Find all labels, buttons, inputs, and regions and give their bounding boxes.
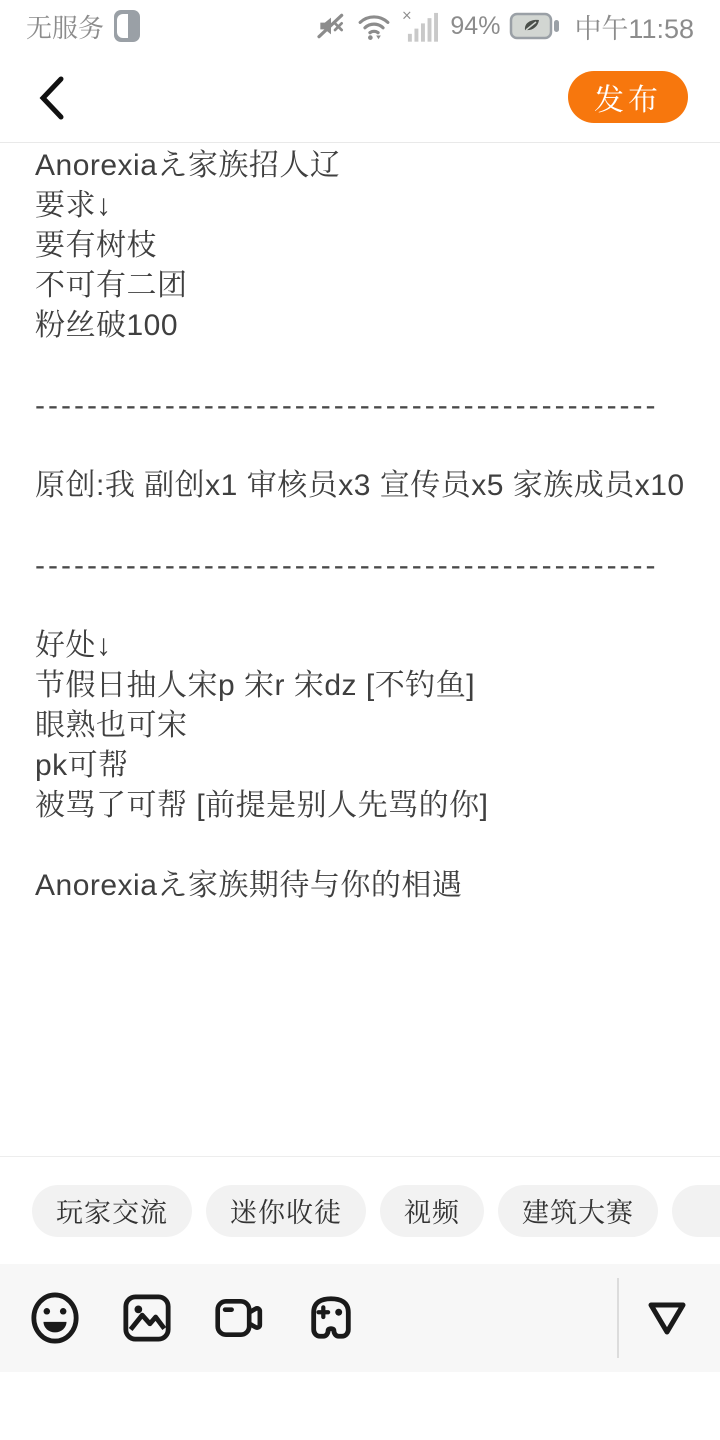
collapse-panel-button[interactable] bbox=[642, 1290, 692, 1346]
toolbar-divider bbox=[617, 1278, 619, 1358]
editor-toolbar bbox=[0, 1264, 720, 1372]
post-text-block-2: 原创:我 副创x1 审核员x3 宣传员x5 家族成员x10 bbox=[35, 466, 690, 506]
insert-image-button[interactable] bbox=[122, 1290, 172, 1346]
wifi-icon bbox=[356, 10, 392, 42]
post-body-editor[interactable]: Anorexiaえ家族招人辽 要求↓ 要有树枝 不可有二团 粉丝破100 ---… bbox=[0, 143, 720, 1155]
video-icon bbox=[214, 1292, 264, 1344]
emoji-icon bbox=[30, 1290, 80, 1346]
svg-text:×: × bbox=[402, 9, 413, 23]
insert-game-button[interactable] bbox=[306, 1290, 356, 1346]
post-text-block-3: 好处↓ 节假日抽人宋p 宋r 宋dz [不钓鱼] 眼熟也可宋 pk可帮 被骂了可… bbox=[35, 626, 690, 906]
image-icon bbox=[122, 1292, 172, 1344]
publish-button[interactable]: 发布 bbox=[568, 71, 688, 123]
tag-chip-video[interactable]: 视频 bbox=[380, 1185, 484, 1237]
nav-bar: 发布 bbox=[0, 52, 720, 142]
clock-label: 中午11:58 bbox=[574, 7, 694, 46]
sim-card-icon bbox=[114, 10, 140, 42]
tag-chip-building-contest[interactable]: 建筑大赛 bbox=[498, 1185, 658, 1237]
tag-chips-row: 玩家交流 迷你收徒 视频 建筑大赛 bbox=[0, 1156, 720, 1264]
dashed-separator-1: ----------------------------------------… bbox=[35, 386, 690, 426]
post-editor-screen: 无服务 × bbox=[0, 0, 720, 1440]
tag-chip-player-chat[interactable]: 玩家交流 bbox=[32, 1185, 192, 1237]
game-controller-icon bbox=[306, 1292, 356, 1344]
tag-chip-partial[interactable] bbox=[672, 1185, 720, 1237]
back-chevron-icon bbox=[36, 75, 68, 121]
status-bar: 无服务 × bbox=[0, 0, 720, 52]
battery-percent-label: 94% bbox=[450, 12, 500, 41]
emoji-button[interactable] bbox=[30, 1290, 80, 1346]
post-text-block-1: Anorexiaえ家族招人辽 要求↓ 要有树枝 不可有二团 粉丝破100 bbox=[35, 146, 690, 346]
battery-saver-leaf-icon bbox=[509, 11, 561, 41]
mute-icon bbox=[315, 10, 347, 42]
insert-video-button[interactable] bbox=[214, 1290, 264, 1346]
collapse-triangle-icon bbox=[644, 1297, 690, 1339]
carrier-label: 无服务 bbox=[26, 8, 104, 45]
tag-chip-mini-apprentice[interactable]: 迷你收徒 bbox=[206, 1185, 366, 1237]
back-button[interactable] bbox=[30, 72, 74, 124]
dashed-separator-2: ----------------------------------------… bbox=[35, 546, 690, 586]
signal-no-service-icon: × bbox=[401, 9, 441, 43]
